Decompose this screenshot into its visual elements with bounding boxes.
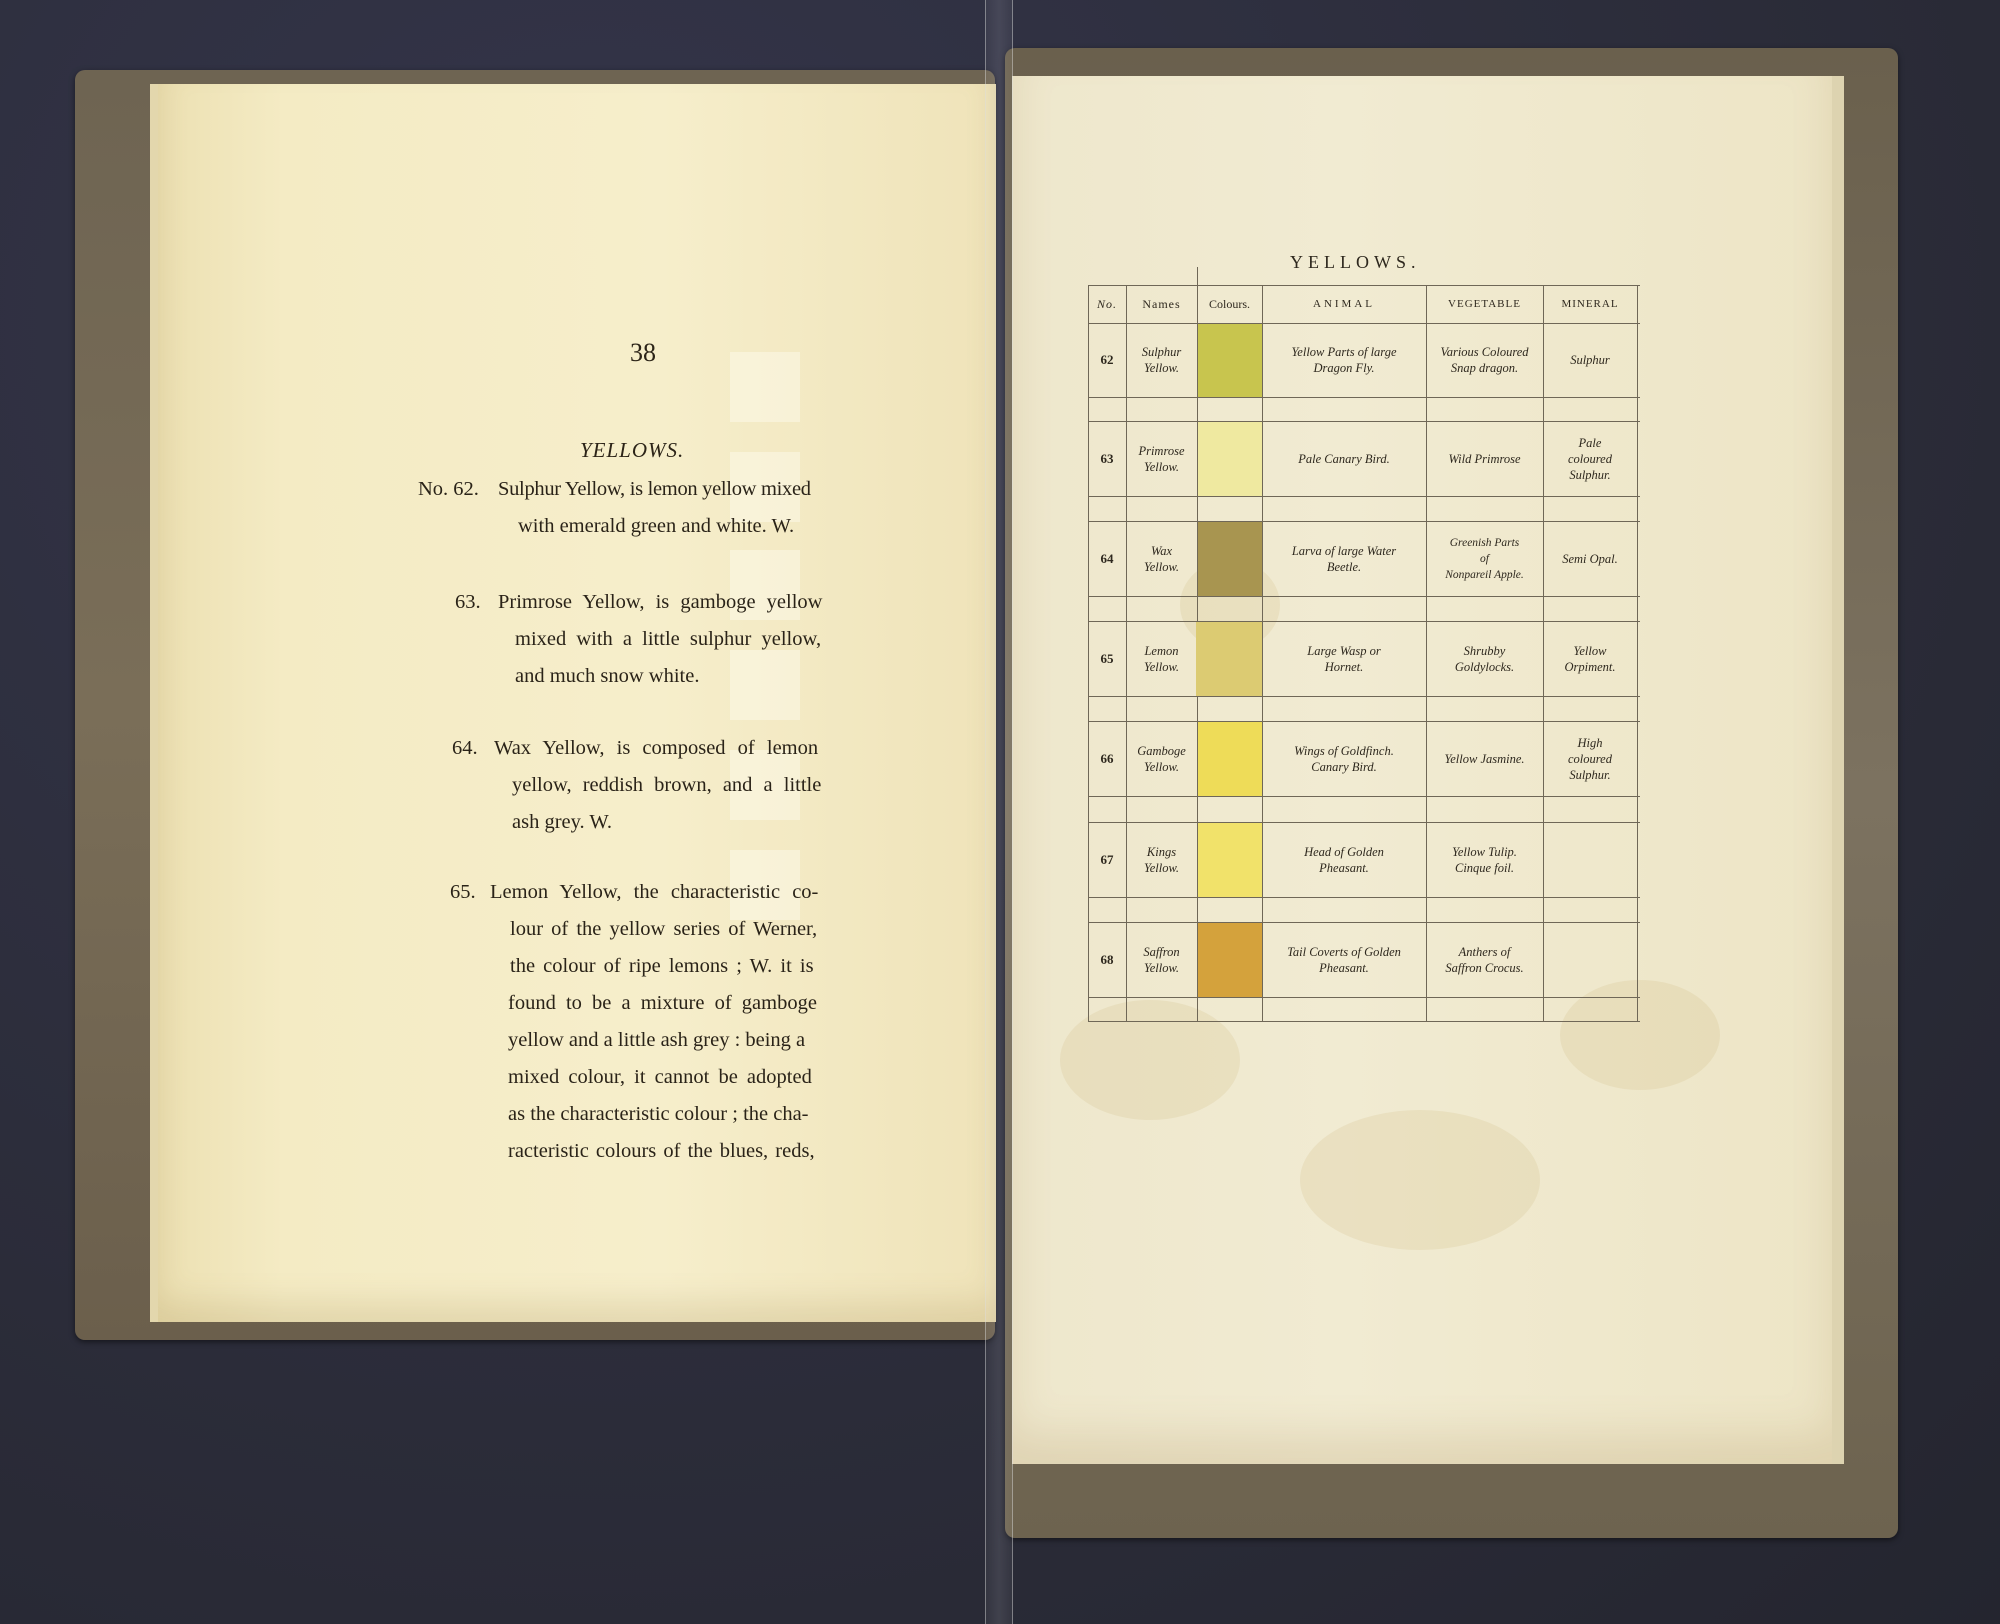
- header-mineral: MINERAL: [1543, 288, 1637, 320]
- entry-line: yellow, reddish brown, and a little: [512, 767, 821, 804]
- entry-64: 64. Wax Yellow, is composed of lemon yel…: [452, 730, 821, 841]
- row-63-colour-swatch: [1198, 422, 1262, 496]
- row-65-vegetable: Shrubby Goldylocks.: [1426, 621, 1543, 696]
- row-66-colour-swatch: [1198, 722, 1262, 796]
- entry-line: lour of the yellow series of Werner,: [510, 911, 818, 948]
- table-border: [1637, 285, 1638, 1022]
- row-64-number: 64: [1088, 521, 1126, 596]
- row-68-colour-swatch: [1198, 923, 1262, 997]
- row-66-name: Gamboge Yellow.: [1126, 721, 1197, 796]
- row-64-mineral: Semi Opal.: [1543, 521, 1637, 596]
- row-64-vegetable: Greenish Parts of Nonpareil Apple.: [1426, 521, 1543, 596]
- entry-line: found to be a mixture of gamboge: [508, 985, 818, 1022]
- row-62-colour-swatch: [1198, 324, 1262, 397]
- table-border: [1088, 397, 1640, 398]
- table-border: [1088, 596, 1640, 597]
- entry-line: mixed colour, it cannot be adopted: [508, 1059, 818, 1096]
- entry-line: Lemon Yellow, the characteristic co-: [490, 874, 818, 911]
- row-63-vegetable: Wild Primrose: [1426, 421, 1543, 496]
- row-64-animal: Larva of large Water Beetle.: [1262, 521, 1426, 596]
- entry-line: mixed with a little sulphur yellow,: [515, 621, 822, 658]
- row-67-animal: Head of Golden Pheasant.: [1262, 822, 1426, 897]
- entry-line: Wax Yellow, is composed of lemon: [494, 730, 821, 767]
- foxing-stain: [1300, 1110, 1540, 1250]
- header-animal: ANIMAL: [1262, 288, 1426, 320]
- row-66-animal: Wings of Goldfinch. Canary Bird.: [1262, 721, 1426, 796]
- glass-gutter: [985, 0, 1013, 1624]
- row-64-name: Wax Yellow.: [1126, 521, 1197, 596]
- row-67-vegetable: Yellow Tulip. Cinque foil.: [1426, 822, 1543, 897]
- row-66-vegetable: Yellow Jasmine.: [1426, 721, 1543, 796]
- row-68-number: 68: [1088, 922, 1126, 997]
- table-border: [1088, 285, 1640, 286]
- table-border: [1088, 496, 1640, 497]
- header-names: Names: [1126, 288, 1197, 320]
- entry-number: 63.: [455, 584, 481, 621]
- entry-line: as the characteristic colour ; the cha-: [508, 1096, 818, 1133]
- entry-65: 65. Lemon Yellow, the characteristic co-…: [450, 874, 818, 1170]
- row-68-animal: Tail Coverts of Golden Pheasant.: [1262, 922, 1426, 997]
- table-border: [1088, 796, 1640, 797]
- row-66-number: 66: [1088, 721, 1126, 796]
- colour-table: No. Names Colours. ANIMAL VEGETABLE MINE…: [1088, 285, 1640, 1022]
- section-title: YELLOWS.: [580, 438, 684, 463]
- row-65-animal: Large Wasp or Hornet.: [1262, 621, 1426, 696]
- row-68-vegetable: Anthers of Saffron Crocus.: [1426, 922, 1543, 997]
- entry-line: with emerald green and white. W.: [518, 508, 811, 545]
- entry-63: 63. Primrose Yellow, is gamboge yellow m…: [455, 584, 822, 695]
- row-62-number: 62: [1088, 323, 1126, 397]
- row-62-mineral: Sulphur: [1543, 323, 1637, 397]
- table-title: YELLOWS.: [1290, 252, 1420, 273]
- table-border: [1088, 1021, 1640, 1022]
- row-65-mineral: Yellow Orpiment.: [1543, 621, 1637, 696]
- row-66-mineral: High coloured Sulphur.: [1543, 721, 1637, 796]
- entry-number: 64.: [452, 730, 478, 767]
- entry-line: yellow and a little ash grey : being a: [508, 1022, 818, 1059]
- entry-line: racteristic colours of the blues, reds,: [508, 1133, 818, 1170]
- page-number: 38: [630, 338, 656, 368]
- row-63-mineral: Pale coloured Sulphur.: [1543, 421, 1637, 496]
- row-62-animal: Yellow Parts of large Dragon Fly.: [1262, 323, 1426, 397]
- row-62-vegetable: Various Coloured Snap dragon.: [1426, 323, 1543, 397]
- show-through-mark: [730, 352, 800, 422]
- header-no: No.: [1088, 288, 1126, 320]
- row-68-mineral: [1543, 922, 1637, 997]
- row-63-number: 63: [1088, 421, 1126, 496]
- table-border: [1088, 997, 1640, 998]
- row-67-colour-swatch: [1198, 823, 1262, 897]
- entry-line: Primrose Yellow, is gamboge yellow: [498, 584, 822, 621]
- header-colours: Colours.: [1197, 288, 1262, 320]
- row-65-name: Lemon Yellow.: [1126, 621, 1197, 696]
- entry-line: and much snow white.: [515, 658, 822, 695]
- row-65-number: 65: [1088, 621, 1126, 696]
- table-border: [1088, 696, 1640, 697]
- row-67-name: Kings Yellow.: [1126, 822, 1197, 897]
- header-vegetable: VEGETABLE: [1426, 288, 1543, 320]
- row-65-colour-swatch: [1196, 622, 1262, 696]
- entry-62: No. 62. Sulphur Yellow, is lemon yellow …: [418, 471, 811, 545]
- row-68-name: Saffron Yellow.: [1126, 922, 1197, 997]
- entry-number: 65.: [450, 874, 476, 911]
- table-border: [1088, 897, 1640, 898]
- entry-line: ash grey. W.: [512, 804, 821, 841]
- row-64-colour-swatch: [1198, 522, 1262, 596]
- entry-line: Sulphur Yellow, is lemon yellow mixed: [498, 471, 811, 508]
- entry-number: No. 62.: [418, 471, 479, 508]
- row-63-name: Primrose Yellow.: [1126, 421, 1197, 496]
- row-62-name: Sulphur Yellow.: [1126, 323, 1197, 397]
- row-63-animal: Pale Canary Bird.: [1262, 421, 1426, 496]
- row-67-number: 67: [1088, 822, 1126, 897]
- row-67-mineral: [1543, 822, 1637, 897]
- entry-line: the colour of ripe lemons ; W. it is: [510, 948, 818, 985]
